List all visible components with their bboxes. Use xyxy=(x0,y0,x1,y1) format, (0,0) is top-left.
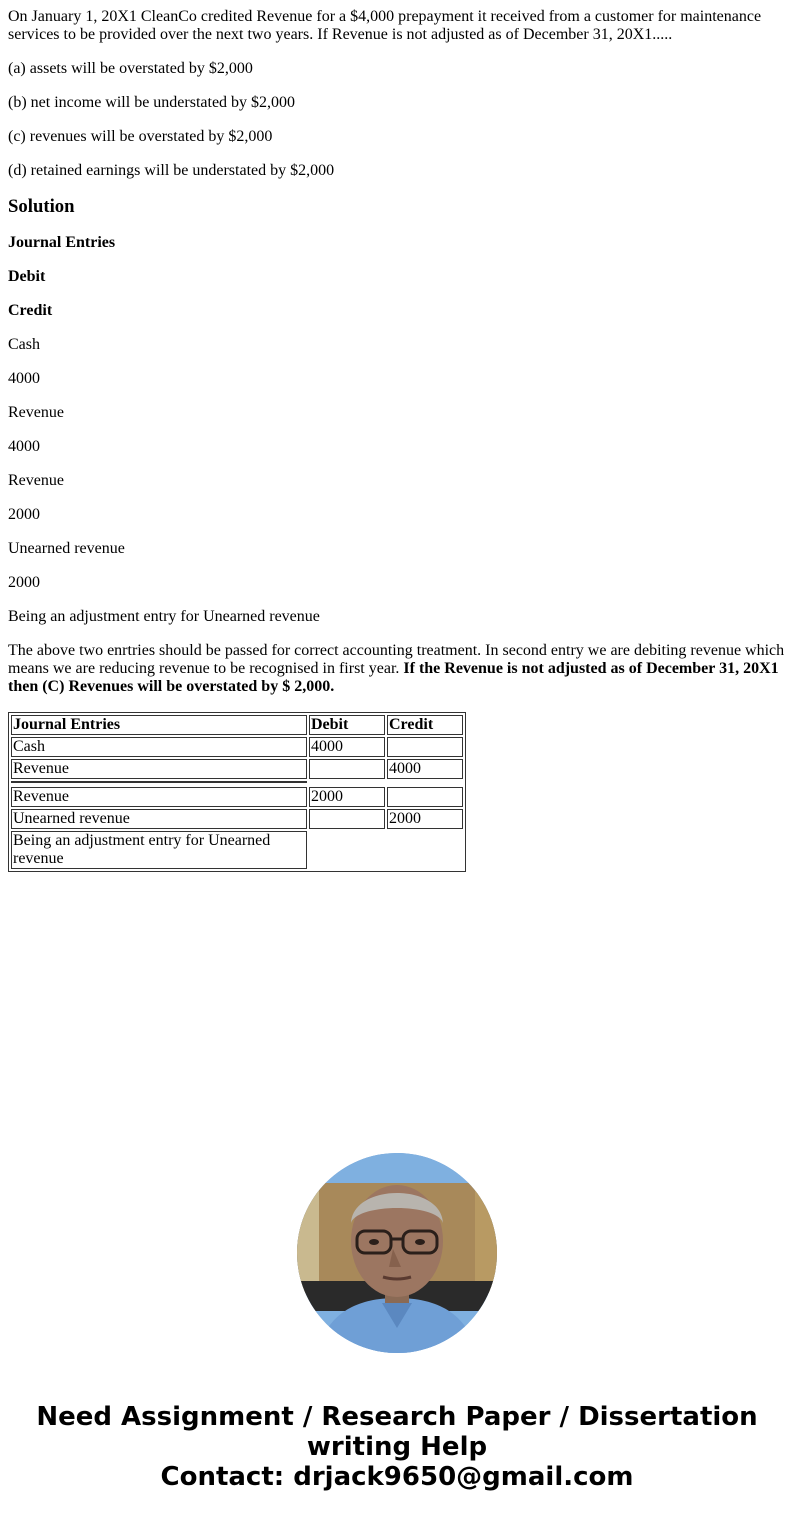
header-journal-entries: Journal Entries xyxy=(11,715,307,735)
cell-debit: 4000 xyxy=(309,737,385,757)
table-row: Unearned revenue 2000 xyxy=(11,809,463,829)
line-narration: Being an adjustment entry for Unearned r… xyxy=(8,608,786,626)
line-revenue-amount: 4000 xyxy=(8,438,786,456)
explanation: The above two enrtries should be passed … xyxy=(8,642,786,696)
cell-credit: 4000 xyxy=(387,759,463,779)
line-debit: Debit xyxy=(8,268,786,286)
cell-credit: 2000 xyxy=(387,809,463,829)
table-separator xyxy=(11,781,463,785)
option-b: (b) net income will be understated by $2… xyxy=(8,94,786,112)
separator-line xyxy=(11,781,307,785)
header-debit: Debit xyxy=(309,715,385,735)
line-cash: Cash xyxy=(8,336,786,354)
cell-account: Unearned revenue xyxy=(11,809,307,829)
option-a: (a) assets will be overstated by $2,000 xyxy=(8,60,786,78)
line-credit: Credit xyxy=(8,302,786,320)
promo-line-2: writing Help xyxy=(0,1432,794,1462)
journal-entries-table: Journal Entries Debit Credit Cash 4000 R… xyxy=(8,712,466,872)
line-revenue-2: Revenue xyxy=(8,472,786,490)
line-unearned-revenue: Unearned revenue xyxy=(8,540,786,558)
document-body: On January 1, 20X1 CleanCo credited Reve… xyxy=(8,8,786,872)
cell-account: Cash xyxy=(11,737,307,757)
author-avatar xyxy=(297,1153,497,1353)
cell-credit xyxy=(387,737,463,757)
option-c: (c) revenues will be overstated by $2,00… xyxy=(8,128,786,146)
promo-contact: Contact: drjack9650@gmail.com xyxy=(0,1462,794,1492)
table-row: Revenue 4000 xyxy=(11,759,463,779)
header-credit: Credit xyxy=(387,715,463,735)
line-unearned-revenue-amount: 2000 xyxy=(8,574,786,592)
option-d: (d) retained earnings will be understate… xyxy=(8,162,786,180)
cell-debit xyxy=(309,759,385,779)
table-row: Cash 4000 xyxy=(11,737,463,757)
line-cash-amount: 4000 xyxy=(8,370,786,388)
solution-heading: Solution xyxy=(8,196,786,218)
cell-account: Revenue xyxy=(11,787,307,807)
person-photo-icon xyxy=(297,1153,497,1353)
table-header-row: Journal Entries Debit Credit xyxy=(11,715,463,735)
cell-narration: Being an adjustment entry for Unearned r… xyxy=(11,831,307,869)
cell-debit: 2000 xyxy=(309,787,385,807)
cell-debit xyxy=(309,809,385,829)
line-journal-entries: Journal Entries xyxy=(8,234,786,252)
question-text: On January 1, 20X1 CleanCo credited Reve… xyxy=(8,8,786,44)
promo-banner: Need Assignment / Research Paper / Disse… xyxy=(0,1402,794,1492)
line-revenue: Revenue xyxy=(8,404,786,422)
line-revenue-2-amount: 2000 xyxy=(8,506,786,524)
table-row-narration: Being an adjustment entry for Unearned r… xyxy=(11,831,463,869)
cell-account: Revenue xyxy=(11,759,307,779)
cell-credit xyxy=(387,787,463,807)
table-row: Revenue 2000 xyxy=(11,787,463,807)
promo-line-1: Need Assignment / Research Paper / Disse… xyxy=(0,1402,794,1432)
